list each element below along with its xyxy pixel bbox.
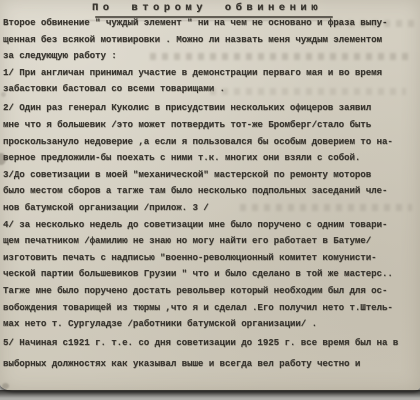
scanned-document-view: По второму обвинению Второе обвинение " … <box>0 0 420 400</box>
document-title: По второму обвинению <box>0 2 414 14</box>
text-line: Тагже мне было поручено достать револьве… <box>3 283 420 300</box>
text-line: забастовки бастовал со всеми товарищами … <box>3 81 420 98</box>
text-line: 2/ Один раз генерал Куколис в присудстви… <box>3 100 420 117</box>
paper-stain <box>2 383 9 389</box>
text-line: мне что я большевик /это может потвердит… <box>3 117 420 134</box>
text-line: вобождения товарищей из тюрмы ,что я и с… <box>3 300 420 317</box>
paper-edge-shadow <box>0 390 420 400</box>
text-line: проскользануло недоверие ,а если я польз… <box>3 134 420 151</box>
text-line: верное предложили-бы поехать с ними т.к.… <box>3 150 420 167</box>
text-line: 1/ При англичан принимал участие в демон… <box>3 65 420 82</box>
text-line: выборных должностях как указывал выше и … <box>3 356 420 373</box>
text-line: 4/ за несколько недель до советизации мн… <box>3 217 420 234</box>
text-line: щенная без всякой мотивировки . Можно ли… <box>3 32 420 49</box>
text-line: изготовить печать с надписью "военно-рев… <box>3 250 420 267</box>
text-line: нов батумской организации /прилож. 3 / <box>3 200 420 217</box>
text-line: Второе обвинение " чуждый элемент " ни н… <box>3 15 420 32</box>
document-body: Второе обвинение " чуждый элемент " ни н… <box>3 15 420 373</box>
text-line: мах нето т. Сургуладзе /работники батумс… <box>3 316 420 333</box>
text-line: 3/До советизации в моей "механической" м… <box>3 167 420 184</box>
document-page: По второму обвинению Второе обвинение " … <box>0 0 420 391</box>
text-line: за следующую работу : <box>3 48 420 65</box>
text-line: 5/ Начиная с1921 г. т.е. со дня советиза… <box>3 335 420 352</box>
text-line: было местом сборов а тагже там было неск… <box>3 183 420 200</box>
text-line: щем печатником /фамилию не знаю но могу … <box>3 233 420 250</box>
text-line: ческой партии большевиков Грузии " что и… <box>3 266 420 283</box>
